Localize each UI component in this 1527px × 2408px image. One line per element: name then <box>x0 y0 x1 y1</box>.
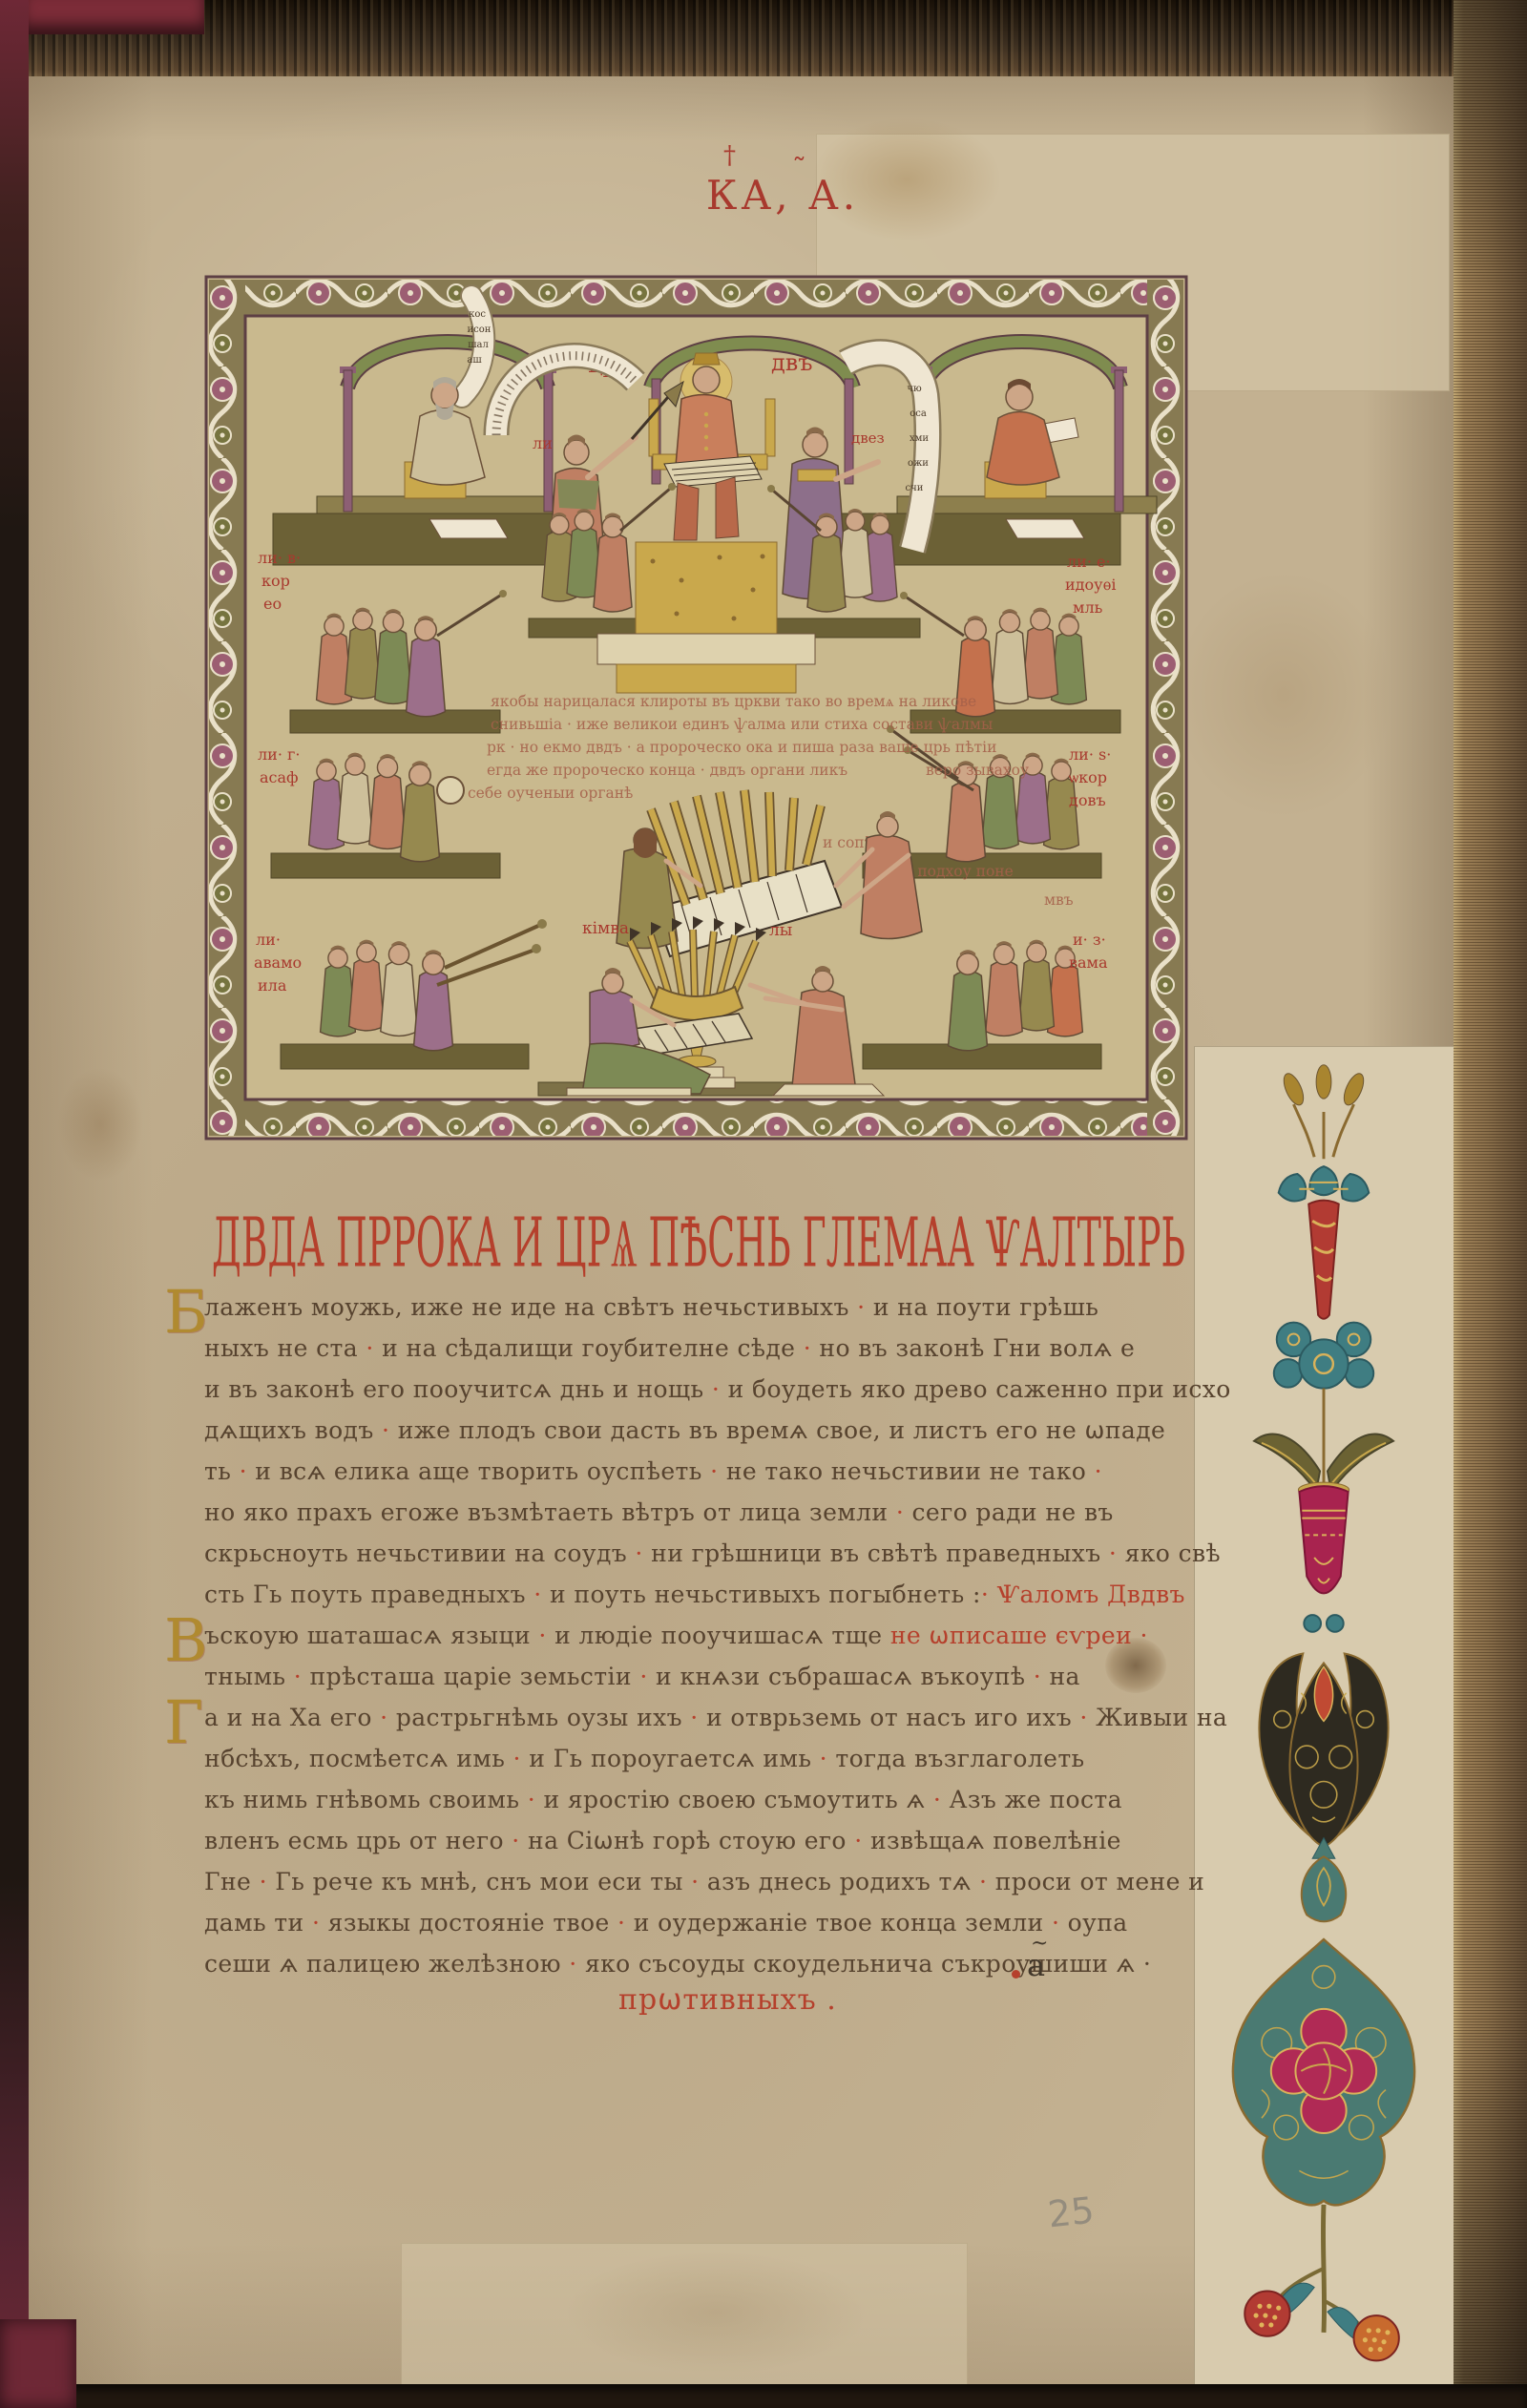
svg-text:счи: счи <box>906 483 924 493</box>
pencil-folio-number: 25 <box>1046 2189 1097 2236</box>
kathisma-heading: КА, А. <box>659 172 907 219</box>
svg-text:рк · но екмо двдъ · а пророчес: рк · но екмо двдъ · а пророческо ока и п… <box>487 739 996 756</box>
svg-text:хми: хми <box>910 433 929 444</box>
floral-margin-ornament <box>1194 1046 1454 2386</box>
psalm-line: и въ законѣ его пооучитсѧ днь и нощь · и… <box>204 1369 1197 1410</box>
book-top-edge <box>0 0 1527 76</box>
book-spine-edge <box>0 0 29 2408</box>
svg-text:авамо: авамо <box>254 953 302 972</box>
psalm-line: тнымь · прѣсташа царіе земьстіи · и кнѧз… <box>204 1656 1197 1697</box>
psalm-line: нбсѣхъ, посмѣетсѧ имь · и Гь пороугаетсѧ… <box>204 1738 1197 1779</box>
svg-text:шал: шал <box>468 340 489 350</box>
black-gold-tulip <box>1259 1653 1388 1847</box>
svg-text:чю: чю <box>907 384 922 394</box>
manuscript-photo: КА, А. † ˜ <box>0 0 1527 2408</box>
psalm-line: къ нимь гнѣвомь своимь · и яростію своею… <box>204 1779 1197 1820</box>
teal-palmette-small <box>1302 1838 1346 1922</box>
red-cover-corner-bottom <box>0 2319 76 2408</box>
crimson-vase <box>1298 1482 1349 1593</box>
vyaz-headline: ДВДА ПРРОКА И ЦРѦ ПѢСНЬ ГЛЕМАА ѰАЛТЫРЬ <box>204 1189 1197 1277</box>
svg-text:ожи: ожи <box>908 458 929 469</box>
catchword: прѡтивныхъ . <box>618 1983 837 2017</box>
gilded-fore-edge <box>1454 0 1527 2408</box>
svg-text:ила: ила <box>258 976 287 995</box>
psalm-line: сть Гь поуть праведныхъ · и поуть нечьст… <box>204 1574 1197 1615</box>
svg-text:аш: аш <box>467 355 482 366</box>
svg-text:ли· е·: ли· е· <box>1067 553 1111 571</box>
psalm-line: Гне · Гь рече къ мнѣ, снъ мои еси ты · а… <box>204 1861 1197 1902</box>
vyaz-headline-text: ДВДА ПРРОКА И ЦРѦ ПѢСНЬ ГЛЕМАА ѰАЛТЫРЬ <box>212 1204 1185 1277</box>
label-david: двъ <box>771 349 813 376</box>
svg-text:ли· в·: ли· в· <box>258 549 301 567</box>
parchment-page: КА, А. † ˜ <box>29 74 1454 2386</box>
svg-text:ео: ео <box>263 595 282 613</box>
svg-text:веро зывахоу: веро зывахоу <box>926 762 1029 779</box>
svg-text:снивьшіа · иже великои единъ ѱ: снивьшіа · иже великои единъ ѱалма или с… <box>491 716 993 733</box>
svg-text:ли· г·: ли· г· <box>258 745 300 764</box>
svg-text:асаф: асаф <box>260 768 299 786</box>
titlo-mark: † <box>723 141 736 170</box>
stain <box>57 1067 143 1182</box>
titlo-mark: ˜ <box>792 153 806 186</box>
psalm-line: ть · и всѧ елика аще творить оуспѣеть · … <box>204 1451 1197 1492</box>
psalm-line: вленъ есмь црь от него · на Сіѡнѣ горѣ с… <box>204 1820 1197 1861</box>
label-kimvaly-right: лы <box>769 921 792 940</box>
teal-bell-flowers <box>1279 1166 1370 1201</box>
svg-text:довъ: довъ <box>1069 791 1106 809</box>
psalm-line: дѧщихъ водъ · иже плодъ свои дасть въ вр… <box>204 1410 1197 1451</box>
svg-text:и· з·: и· з· <box>1073 931 1106 949</box>
svg-text:идоуѳі: идоуѳі <box>1065 576 1117 594</box>
svg-text:якобы нарицалася клироты въ цр: якобы нарицалася клироты въ цркви тако в… <box>491 693 976 710</box>
psalm-line: скрьсноуть нечьстивии на соудъ · ни грѣш… <box>204 1533 1197 1574</box>
red-cover-corner-top <box>23 0 204 34</box>
red-dot-mark <box>1012 1970 1020 1979</box>
svg-text:ли·: ли· <box>256 931 281 949</box>
svg-text:исон: исон <box>468 325 492 335</box>
psalm-text-block: Блаженъ моужь, иже не иде на свѣтъ нечьс… <box>204 1287 1197 1984</box>
stem-and-berries <box>1245 2205 1399 2361</box>
psalm-line: Въскоую шаташасѧ языци · и людіе пооучиш… <box>204 1615 1197 1656</box>
svg-text:мль: мль <box>1073 598 1103 617</box>
label-kimvaly-left: кімва <box>582 919 629 938</box>
svg-text:оса: оса <box>910 408 927 419</box>
svg-text:кос: кос <box>469 309 486 320</box>
book-bottom-edge <box>0 2384 1527 2408</box>
svg-text:кор: кор <box>261 572 290 590</box>
psalm-line: но яко прахъ егоже възмѣтаеть вѣтръ от л… <box>204 1492 1197 1533</box>
svg-text:вама: вама <box>1069 953 1108 972</box>
feather-leaves <box>1254 1389 1393 1492</box>
big-teal-leaf <box>1233 1939 1414 2205</box>
label-david-2: двез <box>851 429 885 447</box>
label-lik: ли <box>533 434 553 452</box>
quire-mark: а~ <box>1027 1947 1045 1983</box>
svg-text:мвъ: мвъ <box>1044 891 1074 909</box>
svg-text:ѡкор: ѡкор <box>1069 768 1107 786</box>
psalm-line: Блаженъ моужь, иже не иде на свѣтъ нечьс… <box>204 1287 1197 1328</box>
teal-knot <box>1304 1615 1343 1632</box>
red-cone <box>1308 1201 1339 1319</box>
svg-text:ли· ѕ·: ли· ѕ· <box>1069 745 1111 764</box>
svg-text:егда же пророческо конца · двд: егда же пророческо конца · двдъ органи л… <box>487 762 847 779</box>
stain <box>1174 571 1393 819</box>
psalm-line: ныхъ не ста · и на сѣдалищи гоубителне с… <box>204 1328 1197 1369</box>
titlo-mark: ~ <box>1031 1932 1048 1956</box>
parchment-patch-bottom <box>401 2243 968 2388</box>
miniature-king-david-and-choirs: кос исон шал аш <box>204 275 1188 1141</box>
wheat-ears <box>1280 1065 1368 1160</box>
svg-text:себе оученыи органѣ: себе оученыи органѣ <box>468 785 633 802</box>
psalm-line: Га и на Ха его · растрьгнѣмь оузы ихъ · … <box>204 1697 1197 1738</box>
teal-flower-cluster <box>1274 1323 1373 1389</box>
